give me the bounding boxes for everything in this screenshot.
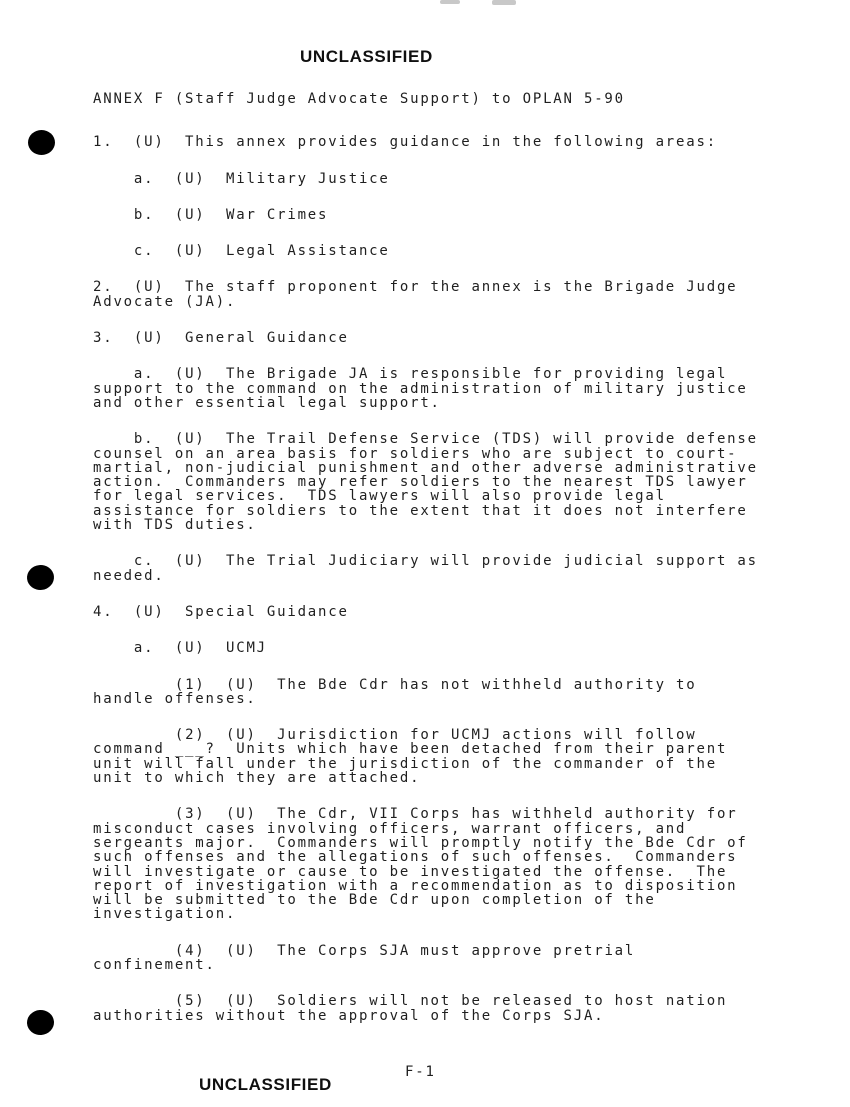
paragraph-1b: b. (U) War Crimes: [93, 208, 793, 222]
paragraph-3: 3. (U) General Guidance: [93, 331, 793, 345]
paragraph-4a2: (2) (U) Jurisdiction for UCMJ actions wi…: [93, 728, 793, 785]
scan-artifact: [492, 0, 516, 5]
scan-artifact: [440, 0, 460, 4]
paragraph-4: 4. (U) Special Guidance: [93, 605, 793, 619]
hole-punch-mark: [26, 564, 55, 592]
footer-classification: UNCLASSIFIED: [199, 1075, 332, 1095]
paragraph-2: 2. (U) The staff proponent for the annex…: [93, 280, 793, 309]
header-classification: UNCLASSIFIED: [300, 47, 433, 67]
paragraph-3b: b. (U) The Trail Defense Service (TDS) w…: [93, 432, 793, 532]
document-body: ANNEX F (Staff Judge Advocate Support) t…: [93, 92, 793, 1045]
paragraph-4a1: (1) (U) The Bde Cdr has not withheld aut…: [93, 678, 793, 707]
paragraph-4a3: (3) (U) The Cdr, VII Corps has withheld …: [93, 807, 793, 921]
document-page: UNCLASSIFIED ANNEX F (Staff Judge Advoca…: [0, 0, 850, 1107]
hole-punch-mark: [28, 130, 55, 155]
hole-punch-mark: [26, 1009, 55, 1036]
paragraph-4a5: (5) (U) Soldiers will not be released to…: [93, 994, 793, 1023]
paragraph-3a: a. (U) The Brigade JA is responsible for…: [93, 367, 793, 410]
paragraph-3c: c. (U) The Trial Judiciary will provide …: [93, 554, 793, 583]
paragraph-1a: a. (U) Military Justice: [93, 172, 793, 186]
paragraph-4a: a. (U) UCMJ: [93, 641, 793, 655]
page-number: F-1: [405, 1064, 436, 1080]
paragraph-1: 1. (U) This annex provides guidance in t…: [93, 135, 793, 149]
annex-title: ANNEX F (Staff Judge Advocate Support) t…: [93, 92, 793, 106]
paragraph-4a4: (4) (U) The Corps SJA must approve pretr…: [93, 944, 793, 973]
paragraph-1c: c. (U) Legal Assistance: [93, 244, 793, 258]
